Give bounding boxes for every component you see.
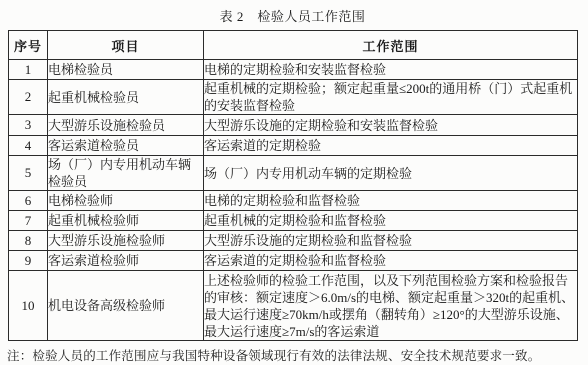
row-scope-cell: 大型游乐设施的定期检验和监督检验: [204, 231, 578, 251]
table-row: 4 客运索道检验员 客运索道的定期检验: [9, 136, 578, 156]
row-item-cell: 电梯检验员: [48, 60, 204, 80]
inspection-scope-table: 序号 项目 工作范围 1 电梯检验员 电梯的定期检验和安装监督检验 2 起重机械…: [8, 30, 578, 341]
header-scope: 工作范围: [204, 31, 578, 60]
row-scope-cell: 场（厂）内专用机动车辆的定期检验: [204, 156, 578, 191]
row-scope-cell: 客运索道的定期检验: [204, 136, 578, 156]
table-row: 9 客运索道检验师 客运索道的定期检验和监督检验: [9, 251, 578, 271]
table-row: 5 场（厂）内专用机动车辆检验员 场（厂）内专用机动车辆的定期检验: [9, 156, 578, 191]
table-row: 6 电梯检验师 电梯的定期检验和监督检验: [9, 191, 578, 211]
header-item: 项目: [48, 31, 204, 60]
header-no: 序号: [9, 31, 48, 60]
header-row: 序号 项目 工作范围: [9, 31, 578, 60]
row-item-cell: 机电设备高级检验师: [48, 271, 204, 341]
row-scope-cell: 电梯的定期检验和安装监督检验: [204, 60, 578, 80]
row-item-cell: 场（厂）内专用机动车辆检验员: [48, 156, 204, 191]
table-row: 1 电梯检验员 电梯的定期检验和安装监督检验: [9, 60, 578, 80]
row-scope-cell: 大型游乐设施的定期检验和安装监督检验: [204, 115, 578, 136]
row-item-cell: 客运索道检验师: [48, 251, 204, 271]
row-no-cell: 1: [9, 60, 48, 80]
row-item-cell: 起重机械检验师: [48, 211, 204, 231]
row-scope-cell: 起重机械的定期检验和监督检验: [204, 211, 578, 231]
row-no-cell: 10: [9, 271, 48, 341]
row-no-cell: 5: [9, 156, 48, 191]
row-scope-cell: 起重机械的定期检验；额定起重量≤200t的通用桥（门）式起重机的安装监督检验: [204, 80, 578, 115]
row-item-cell: 客运索道检验员: [48, 136, 204, 156]
row-scope-cell: 上述检验师的检验工作范围，以及下列范围检验方案和检验报告的审核：额定速度＞6.0…: [204, 271, 578, 341]
row-scope-cell: 电梯的定期检验和监督检验: [204, 191, 578, 211]
row-no-cell: 7: [9, 211, 48, 231]
row-no-cell: 2: [9, 80, 48, 115]
row-item-cell: 大型游乐设施检验员: [48, 115, 204, 136]
table-row: 10 机电设备高级检验师 上述检验师的检验工作范围，以及下列范围检验方案和检验报…: [9, 271, 578, 341]
table-note: 注：检验人员的工作范围应与我国特种设备领域现行有效的法律法规、安全技术规范要求一…: [7, 346, 588, 364]
row-no-cell: 4: [9, 136, 48, 156]
row-item-cell: 电梯检验师: [48, 191, 204, 211]
table-row: 7 起重机械检验师 起重机械的定期检验和监督检验: [9, 211, 578, 231]
row-no-cell: 6: [9, 191, 48, 211]
row-no-cell: 8: [9, 231, 48, 251]
row-item-cell: 起重机械检验员: [48, 80, 204, 115]
table-row: 8 大型游乐设施检验师 大型游乐设施的定期检验和监督检验: [9, 231, 578, 251]
row-no-cell: 9: [9, 251, 48, 271]
row-no-cell: 3: [9, 115, 48, 136]
table-row: 2 起重机械检验员 起重机械的定期检验；额定起重量≤200t的通用桥（门）式起重…: [9, 80, 578, 115]
row-scope-cell: 客运索道的定期检验和监督检验: [204, 251, 578, 271]
table-row: 3 大型游乐设施检验员 大型游乐设施的定期检验和安装监督检验: [9, 115, 578, 136]
row-item-cell: 大型游乐设施检验师: [48, 231, 204, 251]
table-caption: 表 2 检验人员工作范围: [8, 6, 577, 25]
